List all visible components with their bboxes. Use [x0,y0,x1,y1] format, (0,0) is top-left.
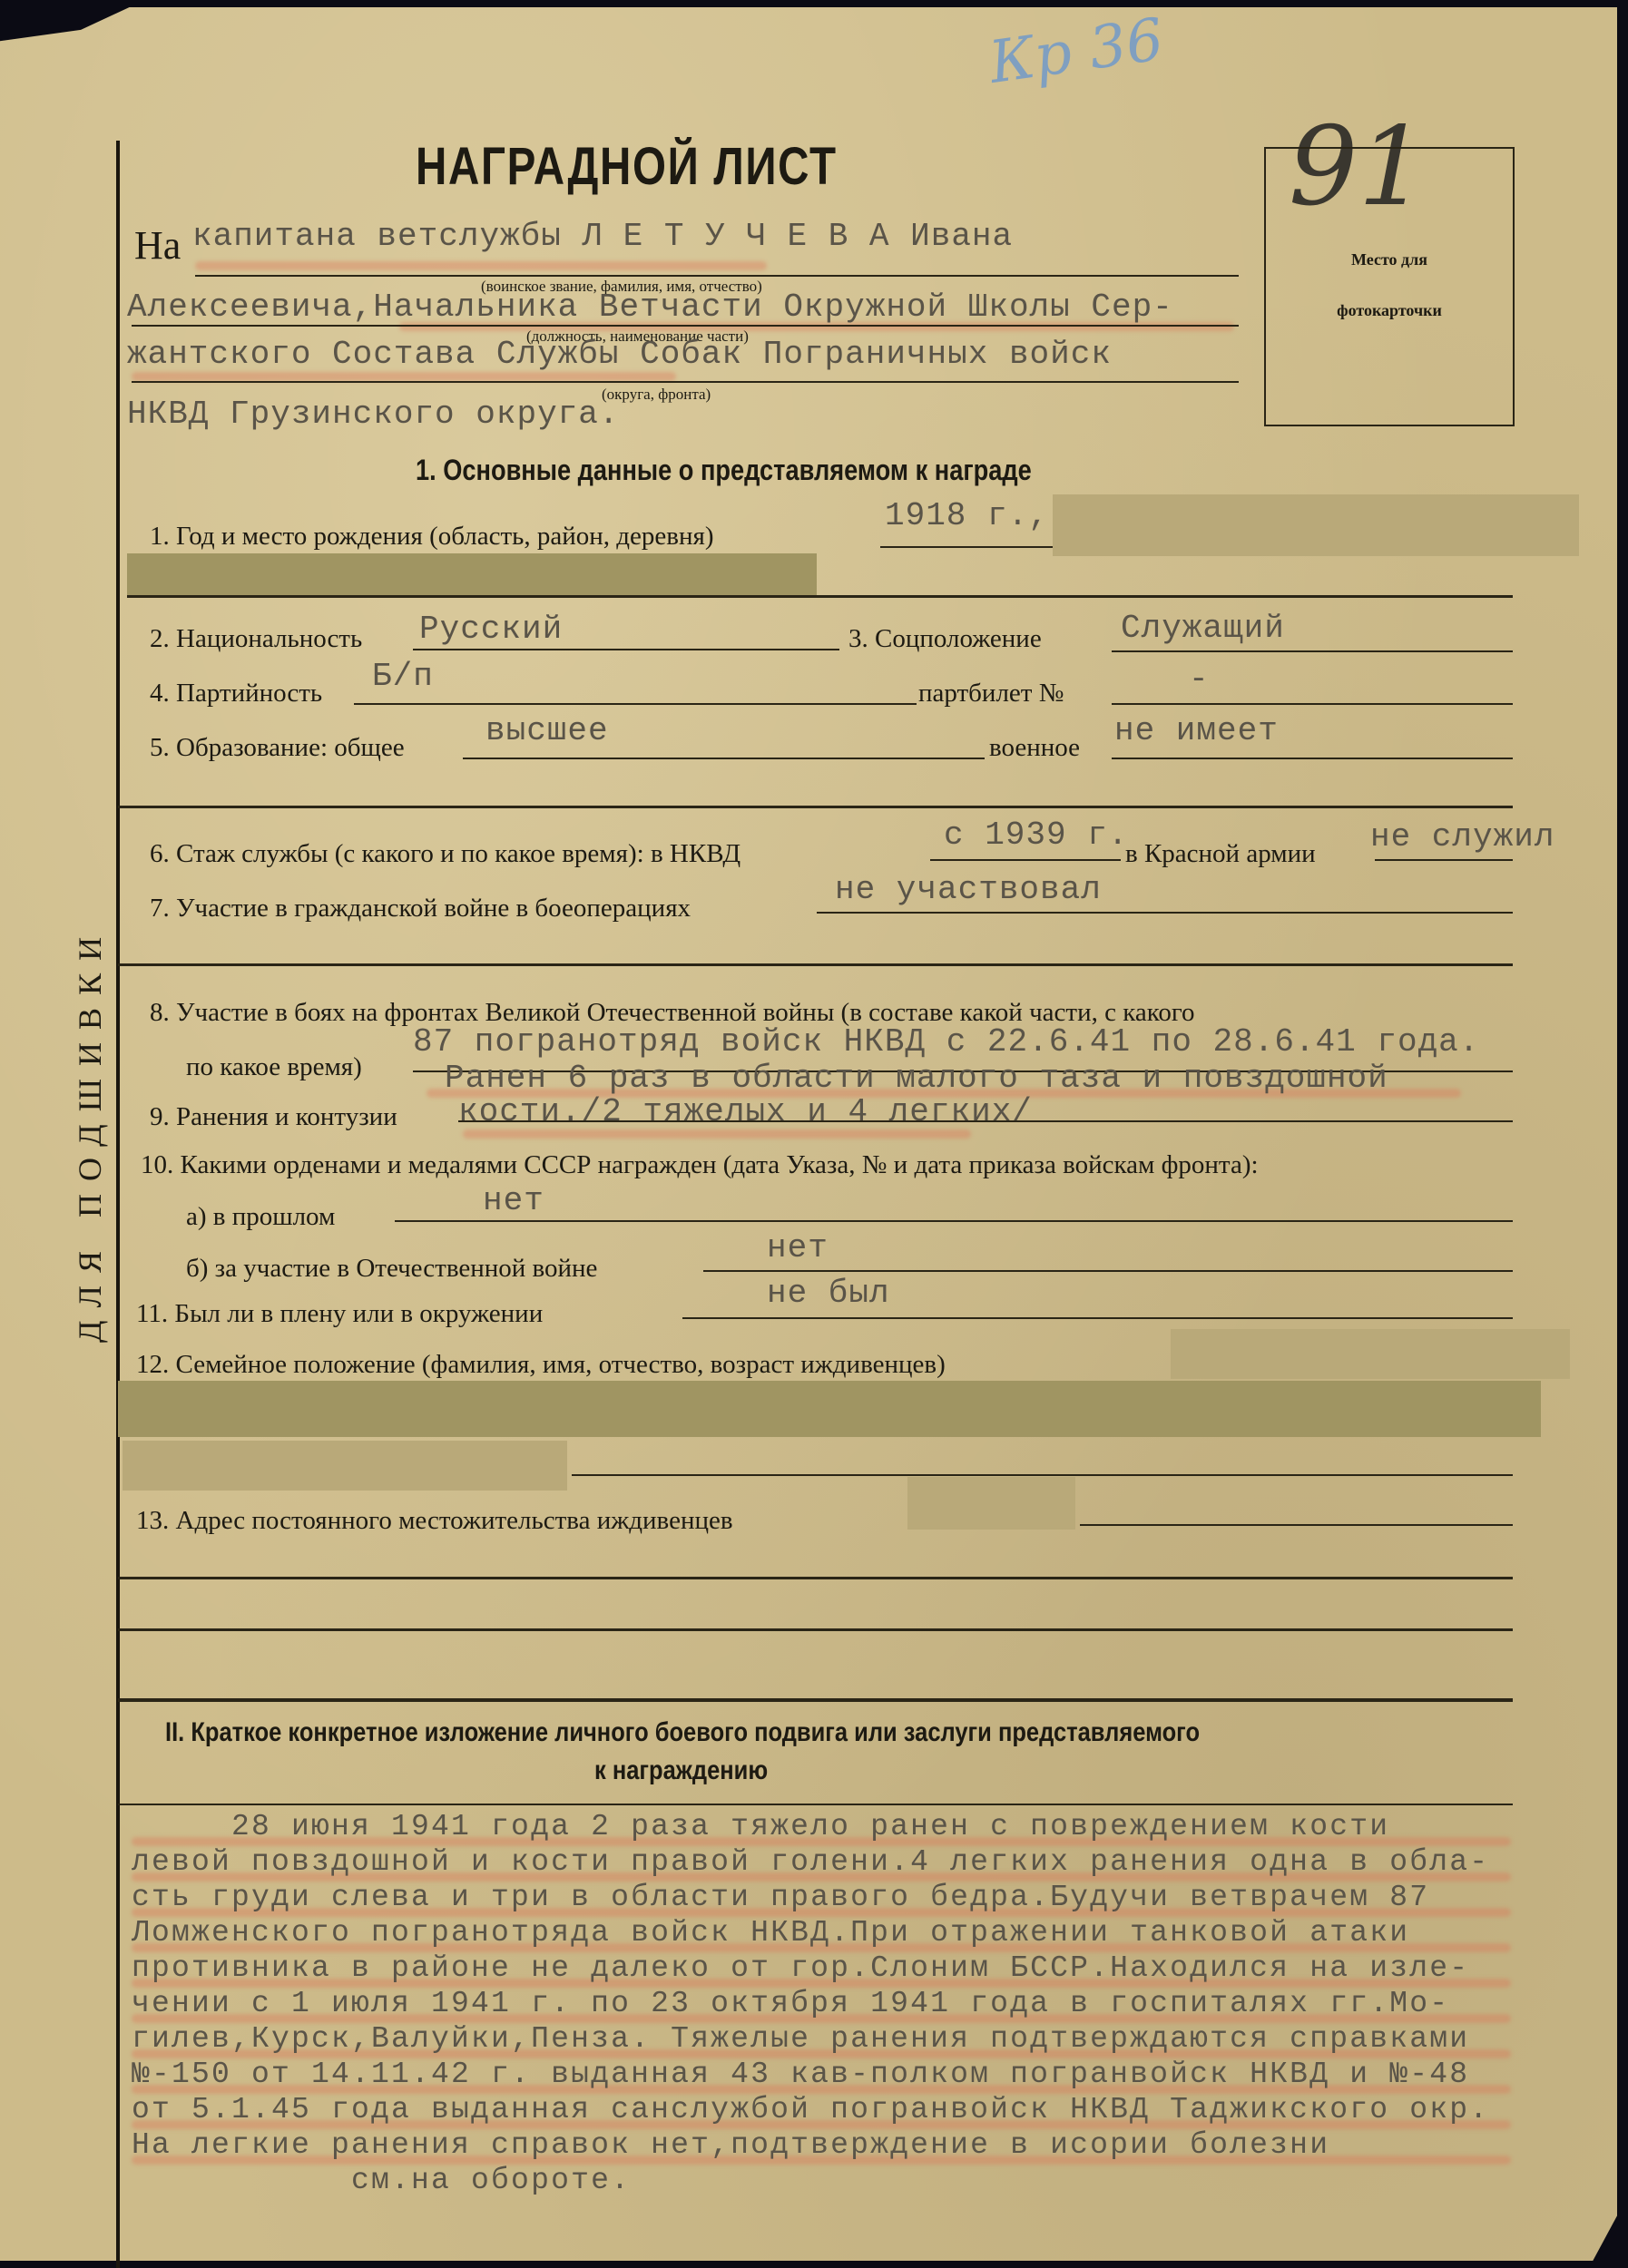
nominee-line4: НКВД Грузинского округа. [127,396,619,433]
service-nkvd-value: с 1939 г. [944,816,1128,854]
narrative-line: сть груди слева и три в области правого … [132,1881,1429,1914]
ww2-label-line2: по какое время) [186,1052,362,1082]
narrative-line: противника в районе не далеко от гор.Сло… [132,1951,1469,1985]
ww2-value: 87 погранотряд войск НКВД с 22.6.41 по 2… [413,1023,1479,1061]
civil-war-value: не участвовал [835,871,1102,908]
awards-war-label: б) за участие в Отечественной войне [186,1254,597,1284]
social-status-value: Служащий [1121,610,1285,647]
nationality-value: Русский [419,611,563,648]
narrative-line: №-150 от 14.11.42 г. выданная 43 кав-пол… [132,2058,1469,2091]
service-nkvd-label: 6. Стаж службы (с какого и по какое врем… [150,839,740,869]
education-military-label: военное [989,733,1080,763]
captivity-value: не был [767,1275,890,1312]
service-red-army-label: в Красной армии [1125,839,1316,869]
wounds-value-line1: Ранен 6 раз в области малого таза и повз… [445,1060,1388,1097]
section1-heading: 1. Основные данные о представляемом к на… [416,454,1032,487]
captivity-label: 11. Был ли в плену или в окружении [136,1299,543,1329]
birth-label: 1. Год и место рождения (область, район,… [150,522,714,552]
awards-war-value: нет [767,1229,829,1266]
education-general-value: высшее [485,712,609,749]
wounds-value-line2: кости./2 тяжелых и 4 легких/ [458,1093,1033,1130]
awards-past-label: а) в прошлом [186,1202,335,1232]
awards-past-value: нет [483,1182,544,1219]
binding-margin-label: ДЛЯ ПОДШИВКИ [71,924,109,1343]
narrative-line: На легкие ранения справок нет,подтвержде… [132,2128,1329,2162]
wounds-label: 9. Ранения и контузии [150,1102,397,1132]
service-red-army-value: не служил [1370,818,1554,855]
birth-place-redaction-2 [127,553,817,595]
narrative-line: чении с 1 июля 1941 г. по 23 октября 194… [132,1987,1449,2020]
section2-heading-line1: II. Краткое конкретное изложение личного… [165,1717,1200,1748]
narrative-line: Ломженского погранотряда войск НКВД.При … [132,1916,1409,1950]
photo-label-line1: Место для [1266,250,1513,269]
narrative-line: от 5.1.45 года выданная санслужбой погра… [132,2093,1489,2126]
nominee-line2: Алексеевича,Начальника Ветчасти Окружной… [127,288,1173,326]
page-title: НАГРАДНОЙ ЛИСТ [416,136,838,197]
party-label: 4. Партийность [150,679,322,709]
birth-place-redaction [1053,494,1579,556]
family-redaction-2 [118,1381,1541,1437]
party-card-value: - [1189,660,1210,698]
header-prefix: На [134,222,181,269]
civil-war-label: 7. Участие в гражданской войне в боеопер… [150,894,691,924]
nationality-label: 2. Национальность [150,624,362,654]
party-card-label: партбилет № [918,679,1064,709]
binding-margin-line [116,141,120,2268]
address-redaction [907,1477,1075,1530]
family-label: 12. Семейное положение (фамилия, имя, от… [136,1350,946,1380]
birth-year-value: 1918 г., [885,497,1049,534]
party-value: Б/п [372,658,434,695]
education-military-value: не имеет [1114,712,1279,749]
narrative-line: левой повздошной и кости правой голени.4… [132,1845,1489,1879]
section2-heading-line2: к награждению [594,1755,768,1786]
education-general-label: 5. Образование: общее [150,733,405,763]
photo-label-line2: фотокарточки [1266,301,1513,320]
address-label: 13. Адрес постоянного местожительства иж… [136,1506,733,1536]
narrative-line: 28 июня 1941 года 2 раза тяжело ранен с … [132,1810,1389,1843]
social-status-label: 3. Соцположение [848,624,1042,654]
narrative-line: см.на обороте. [132,2164,631,2197]
photo-placeholder-box: Место для фотокарточки [1264,147,1515,426]
narrative-line: гилев,Курск,Валуйки,Пенза. Тяжелые ранен… [132,2022,1469,2056]
awards-label: 10. Какими орденами и медалями СССР нагр… [141,1150,1259,1180]
family-redaction-3 [123,1441,567,1491]
family-redaction-1 [1171,1329,1570,1379]
nominee-line1: капитана ветслужбы Л Е Т У Ч Е В А Ивана [192,218,1013,255]
nominee-line3: жантского Состава Службы Собак Пограничн… [127,336,1112,373]
